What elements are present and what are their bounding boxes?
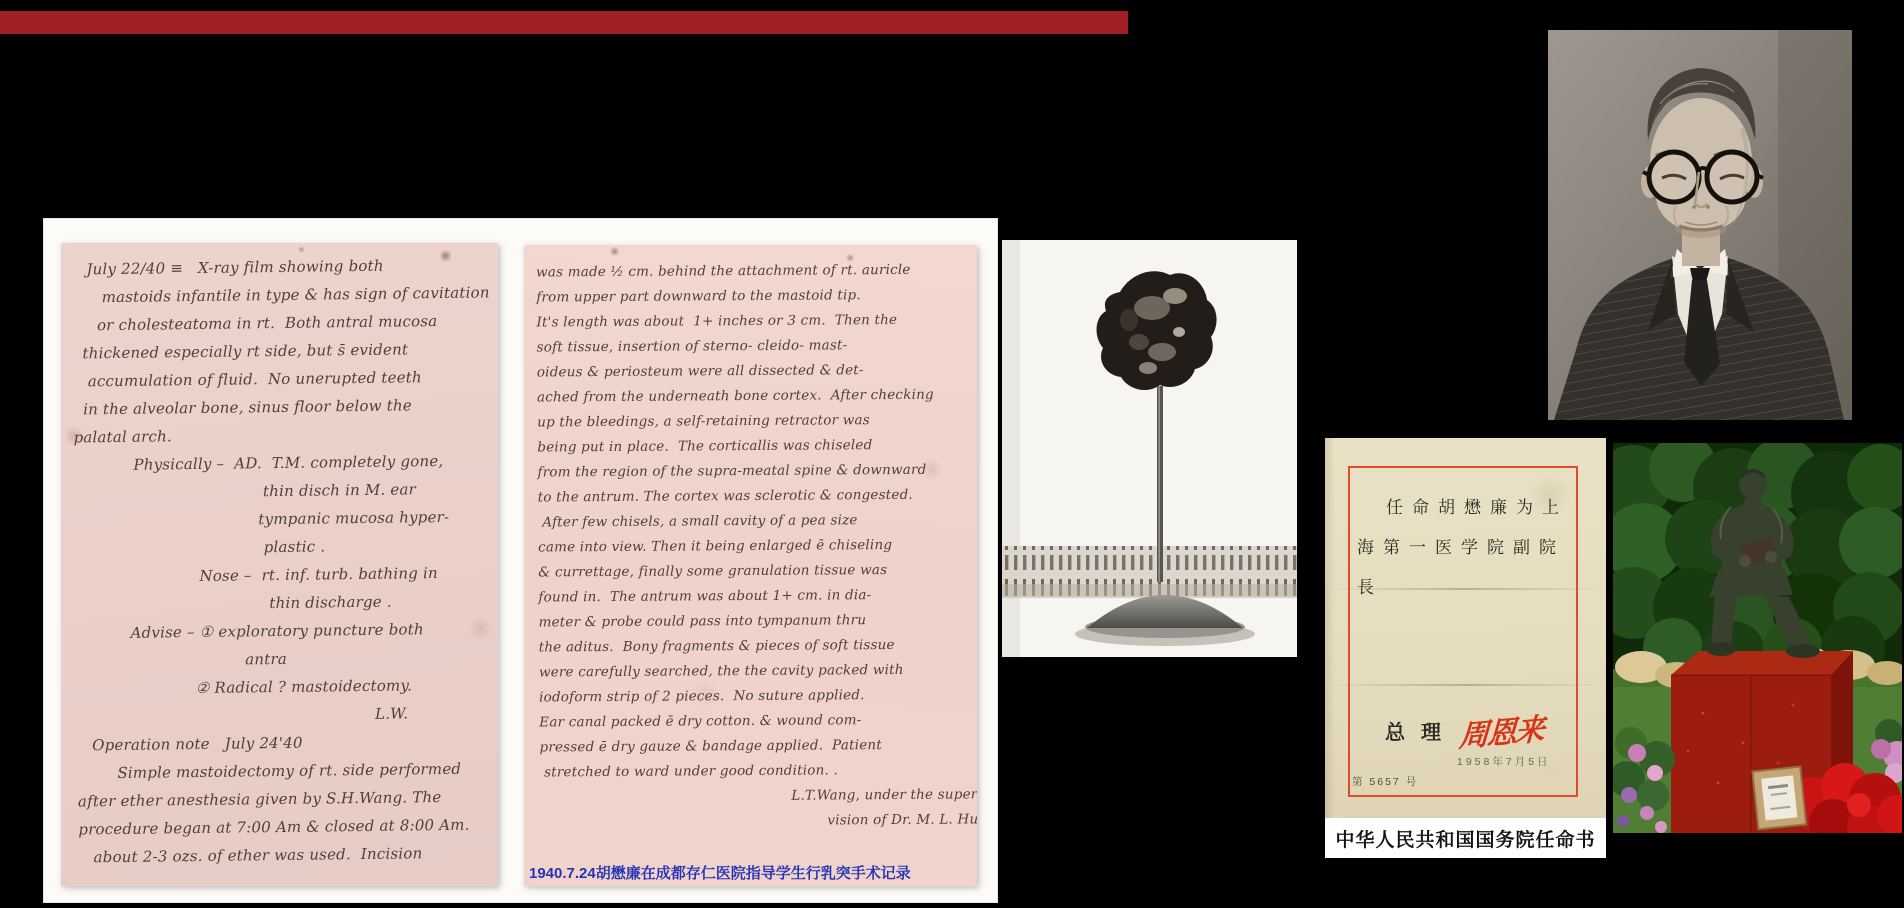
certificate-serial-number: 第 5657 号: [1352, 774, 1418, 789]
handwritten-line: It's length was about 1+ inches or 3 cm.…: [536, 307, 973, 335]
handwriting-right: was made ½ cm. behind the attachment of …: [524, 245, 977, 836]
handwritten-line: procedure began at 7:00 Am & closed at 8…: [78, 810, 497, 843]
portrait-photo: [1548, 30, 1852, 420]
handwritten-line: meter & probe could pass into tympanum t…: [538, 607, 975, 635]
appointment-certificate: 任命胡懋廉为上海第一医学院副院長 总理 周恩来 1958年7月5日 第 5657…: [1325, 438, 1606, 818]
slide: July 22/40 ≡ X-ray film showing both mas…: [0, 0, 1904, 908]
notes-caption: 1940.7.24胡懋廉在成都存仁医院指导学生行乳突手术记录: [529, 862, 911, 883]
statue-illustration: [1613, 443, 1902, 833]
fold-line: [1325, 684, 1606, 686]
memorial-plaque: [1752, 767, 1806, 830]
certificate-line: 長: [1348, 568, 1578, 608]
specimen-photo: [1002, 240, 1297, 657]
handwritten-line: to the antrum. The cortex was sclerotic …: [538, 482, 975, 510]
handwritten-line: L.T.Wang, under the super-: [540, 782, 977, 810]
handwritten-line: & currettage, finally some granulation t…: [538, 557, 975, 585]
handwritten-line: about 2-3 ozs. of ether was used. Incisi…: [78, 838, 497, 871]
notes-page-right: was made ½ cm. behind the attachment of …: [524, 245, 977, 886]
premier-signature: 周恩来: [1458, 704, 1544, 756]
handwritten-line: After few chisels, a small cavity of a p…: [538, 507, 975, 535]
handwritten-line: or cholesteatoma in rt. Both antral muco…: [72, 306, 491, 339]
certificate-line: 任命胡懋廉为上: [1348, 488, 1578, 528]
handwritten-line: vision of Dr. M. L. Hu.: [540, 807, 977, 835]
handwritten-line: from upper part downward to the mastoid …: [536, 282, 973, 310]
notes-page-left: July 22/40 ≡ X-ray film showing both mas…: [61, 243, 498, 886]
handwritten-line: Ear canal packed ē dry cotton. & wound c…: [539, 707, 976, 735]
handwritten-line: iodoform strip of 2 pieces. No suture ap…: [539, 682, 976, 710]
certificate-date: 1958年7月5日: [1457, 754, 1551, 769]
handwriting-left: July 22/40 ≡ X-ray film showing both mas…: [61, 243, 498, 872]
handwritten-line: from the region of the supra-meatal spin…: [537, 457, 974, 485]
handwritten-line: stretched to ward under good condition. …: [540, 757, 977, 785]
handwritten-line: was made ½ cm. behind the attachment of …: [536, 257, 973, 285]
handwritten-line: oideus & periosteum were all dissected &…: [537, 357, 974, 385]
surgical-notes-panel: July 22/40 ≡ X-ray film showing both mas…: [43, 218, 998, 903]
premier-row: 总理 周恩来: [1385, 708, 1543, 752]
certificate-line: 海第一医学院副院: [1348, 528, 1578, 568]
handwritten-line: the aditus. Bony fragments & pieces of s…: [539, 632, 976, 660]
statue-photo: [1613, 443, 1902, 833]
handwritten-line: pressed ē dry gauze & bandage applied. P…: [539, 732, 976, 760]
handwritten-line: tympanic mucosa hyper-: [74, 502, 493, 535]
specimen-illustration: [1002, 240, 1297, 657]
certificate-text: 任命胡懋廉为上海第一医学院副院長: [1348, 488, 1578, 608]
certificate-caption: 中华人民共和国国务院任命书: [1325, 818, 1606, 858]
handwritten-line: being put in place. The corticallis was …: [537, 432, 974, 460]
handwritten-line: up the bleedings, a self-retaining retra…: [537, 407, 974, 435]
handwritten-line: were carefully searched, the the cavity …: [539, 657, 976, 685]
portrait-illustration: [1548, 30, 1852, 420]
handwritten-line: soft tissue, insertion of sterno- cleido…: [537, 332, 974, 360]
accent-bar: [0, 11, 1128, 34]
handwritten-line: found in. The antrum was about 1+ cm. in…: [538, 582, 975, 610]
handwritten-line: came into view. Then it being enlarged ē…: [538, 532, 975, 560]
handwritten-line: Physically – AD. T.M. completely gone,: [74, 446, 493, 479]
premier-label: 总理: [1385, 716, 1457, 745]
handwritten-line: ached from the underneath bone cortex. A…: [537, 382, 974, 410]
handwritten-line: Nose – rt. inf. turb. bathing in: [75, 558, 494, 591]
